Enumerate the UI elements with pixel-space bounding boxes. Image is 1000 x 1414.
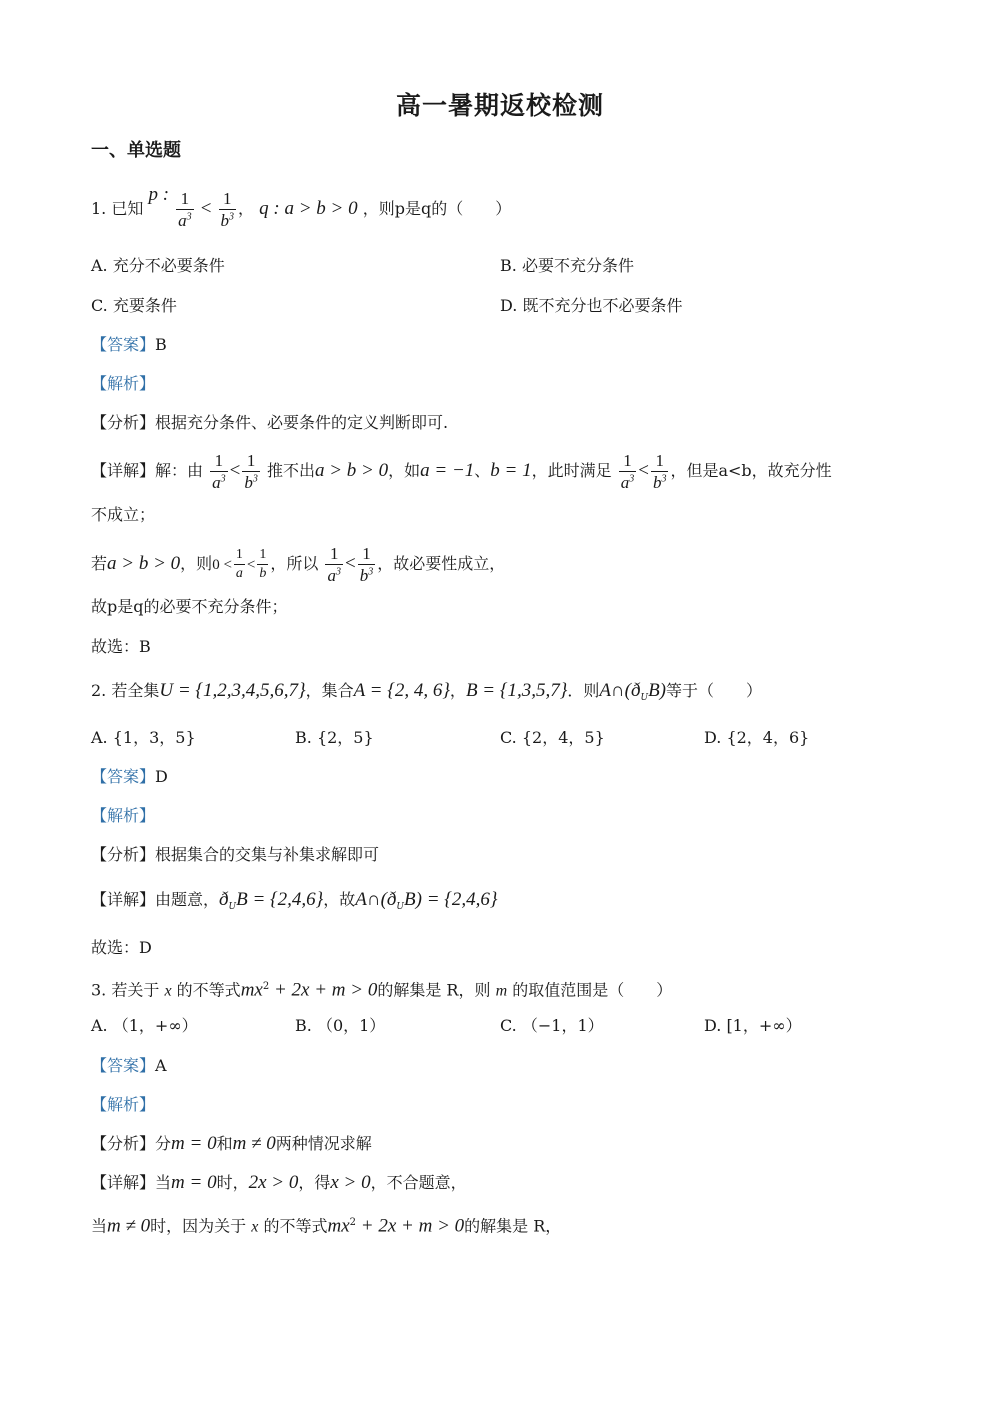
option-letter: B. [295, 728, 312, 747]
text: 若 [91, 554, 107, 573]
text: 的不等式 [263, 1216, 327, 1235]
option-c: C. 充要条件 [91, 294, 177, 318]
option-a: A. 充分不必要条件 [91, 254, 225, 278]
analysis-label: 【分析】 [91, 1134, 155, 1153]
fraction-1-over-a: 1a [234, 548, 245, 581]
detail-label: 【详解】 [91, 461, 155, 480]
denominator: b3 [358, 567, 376, 584]
text: 时，因为关于 [150, 1216, 246, 1235]
text: ，所以 [270, 554, 318, 573]
text: 当 [91, 1216, 107, 1235]
option-text: {2，4，5} [522, 728, 605, 747]
option-d: D. [1，+∞） [704, 1014, 802, 1038]
answer-value: B [155, 335, 167, 354]
denominator: a3 [325, 567, 343, 584]
exponent: 3 [661, 473, 666, 484]
denominator: b [257, 567, 268, 581]
conclusion-2: 故选：D [91, 936, 152, 960]
text: 的解集是 R，则 [377, 980, 490, 999]
option-c: C. （−1，1） [500, 1014, 604, 1038]
question-1-stem: 1. 已知 p : 1 a3 < 1 b3 ， q : a > b > 0 ，则… [91, 190, 511, 229]
detail-1-line-1: 【详解】解：由 1a3<1b3 推不出a > b > 0，如a = −1、b =… [91, 452, 832, 491]
detail-1-line-4: 故p是q的必要不充分条件； [91, 595, 288, 619]
text: ，集合 [306, 681, 354, 700]
option-text: （1，+∞） [113, 1016, 198, 1035]
denominator: a3 [210, 474, 228, 491]
exponent: 3 [629, 473, 634, 484]
text: 若关于 [111, 980, 159, 999]
detail-3-line-2: 当m ≠ 0时，因为关于 x 的不等式mx2 + 2x + m > 0的解集是 … [91, 1211, 561, 1239]
stem-suffix: 等于（ ） [666, 681, 762, 700]
analysis-2: 【分析】根据集合的交集与补集求解即可 [91, 843, 379, 867]
fraction-1-over-a3: 1a3 [619, 452, 637, 491]
detail-label: 【详解】 [91, 1173, 155, 1192]
var-b: b [360, 566, 369, 585]
option-d: D. 既不充分也不必要条件 [500, 294, 682, 318]
denominator: a3 [176, 212, 194, 229]
subscript: U [229, 902, 237, 912]
exponent: 3 [187, 211, 192, 222]
complement-symbol: ð [219, 889, 229, 910]
fraction-bar [358, 564, 376, 565]
option-text: {1，3，5} [113, 728, 196, 747]
option-letter: D. [704, 1016, 721, 1035]
option-c: C. {2，4，5} [500, 726, 605, 750]
text: ， [450, 681, 466, 700]
option-d: D. {2，4，6} [704, 726, 809, 750]
text: ，故 [323, 890, 355, 909]
text: 的解集是 R， [464, 1216, 561, 1235]
option-text: {2，5} [317, 728, 374, 747]
math: + 2x + m > 0 [356, 1215, 464, 1236]
option-letter: B. [295, 1016, 312, 1035]
fraction-bar [257, 564, 268, 565]
less-than: < [247, 557, 255, 573]
detail-1-line-5: 故选：B [91, 635, 151, 659]
text: 的取值范围是（ ） [512, 980, 672, 999]
analysis-label: 【分析】 [91, 845, 155, 864]
option-letter: C. [500, 728, 517, 747]
math: mx [328, 1215, 350, 1236]
text: ．则 [567, 681, 599, 700]
option-text: （0，1） [317, 1016, 385, 1035]
option-a: A. （1，+∞） [91, 1014, 198, 1038]
numerator: 1 [328, 545, 341, 562]
answer-2: 【答案】D [91, 765, 168, 789]
detail-1-line-3: 若a > b > 0，则0 <1a<1b，所以 1a3<1b3，故必要性成立， [91, 545, 505, 584]
text: ，故必要性成立， [377, 554, 505, 573]
option-letter: C. [91, 296, 108, 315]
exam-page: 高一暑期返校检测 一、单选题 1. 已知 p : 1 a3 < 1 b3 ， q… [0, 0, 1000, 1414]
var-b: b [221, 211, 230, 230]
denominator: a3 [619, 474, 637, 491]
option-b: B. （0，1） [295, 1014, 385, 1038]
math: a = −1 [420, 460, 474, 481]
numerator: 1 [621, 452, 634, 469]
fraction-bar [219, 209, 237, 210]
numerator: 1 [221, 190, 234, 207]
fraction-1-over-b3: 1b3 [242, 452, 260, 491]
less-than: < [230, 460, 241, 481]
numerator: 1 [234, 548, 245, 562]
option-text: {2，4，6} [726, 728, 809, 747]
fraction-1-over-b3: 1b3 [358, 545, 376, 584]
exponent: 3 [221, 473, 226, 484]
numerator: 1 [213, 452, 226, 469]
fraction-1-over-a3: 1a3 [325, 545, 343, 584]
less-than: < [638, 460, 649, 481]
detail-2: 【详解】由题意，ðUB = {2,4,6}，故A∩(ðUB) = {2,4,6} [91, 888, 497, 919]
text: 解：由 [155, 461, 203, 480]
analysis-header-1: 【解析】 [91, 372, 155, 396]
fraction-bar [234, 564, 245, 565]
var-b: b [244, 473, 253, 492]
text: 和 [217, 1134, 233, 1153]
analysis-text: 根据集合的交集与补集求解即可 [155, 845, 379, 864]
stem-suffix: ，则p是q的（ ） [363, 199, 512, 218]
option-a: A. {1，3，5} [91, 726, 196, 750]
text: ，但是a<b，故充分性 [670, 461, 831, 480]
var-a: a [327, 566, 336, 585]
fraction-bar [242, 471, 260, 472]
question-number: 2. [91, 681, 106, 700]
fraction-1-over-a3: 1 a3 [176, 190, 194, 229]
option-b: B. {2，5} [295, 726, 374, 750]
answer-value: A [155, 1056, 167, 1075]
question-number: 1. [91, 199, 106, 218]
complement-expression-end: B) [648, 680, 666, 701]
exponent: 3 [253, 473, 258, 484]
q-condition: q : a > b > 0 [259, 198, 357, 219]
numerator: 1 [360, 545, 373, 562]
denominator: b3 [651, 474, 669, 491]
answer-label: 【答案】 [91, 335, 155, 354]
math: A∩(ð [355, 889, 396, 910]
math: x > 0 [330, 1172, 370, 1193]
option-letter: D. [704, 728, 721, 747]
text: 推不出 [267, 461, 315, 480]
numerator: 1 [257, 548, 268, 562]
detail-label: 【详解】 [91, 890, 155, 909]
math: a > b > 0 [107, 553, 180, 574]
text: 由题意， [155, 890, 219, 909]
option-letter: A. [91, 728, 108, 747]
fraction-1-over-a3: 1a3 [210, 452, 228, 491]
fraction-bar [176, 209, 194, 210]
option-text: 既不充分也不必要条件 [522, 296, 682, 315]
detail-1-line-2: 不成立； [91, 503, 155, 527]
analysis-label: 【分析】 [91, 413, 155, 432]
var-a: a [212, 473, 221, 492]
option-letter: A. [91, 256, 108, 275]
math: mx [241, 979, 263, 1000]
text: ，此时满足 [532, 461, 612, 480]
analysis-3: 【分析】分m = 0和m ≠ 0两种情况求解 [91, 1132, 372, 1156]
less-than: < [345, 553, 356, 574]
text: ，则 [180, 554, 212, 573]
answer-3: 【答案】A [91, 1054, 167, 1078]
option-letter: B. [500, 256, 517, 275]
subscript: U [640, 693, 648, 703]
analysis-header-3: 【解析】 [91, 1093, 155, 1117]
option-letter: C. [500, 1016, 517, 1035]
fraction-1-over-b3: 1b3 [651, 452, 669, 491]
set-a: A = {2, 4, 6} [354, 680, 450, 701]
math: 2x > 0 [249, 1172, 299, 1193]
p-label: p : [148, 184, 169, 205]
numerator: 1 [179, 190, 192, 207]
math: m ≠ 0 [107, 1215, 150, 1236]
answer-label: 【答案】 [91, 767, 155, 786]
option-text: （−1，1） [522, 1016, 604, 1035]
text: ，如 [388, 461, 420, 480]
text: ，不合题意， [371, 1173, 467, 1192]
denominator: b3 [219, 212, 237, 229]
math: m ≠ 0 [233, 1133, 276, 1154]
answer-value: D [155, 767, 168, 786]
fraction-bar [651, 471, 669, 472]
denominator: a [234, 567, 245, 581]
option-letter: A. [91, 1016, 108, 1035]
less-than: < [201, 198, 212, 219]
detail-3-line-1: 【详解】当m = 0时，2x > 0，得x > 0，不合题意， [91, 1171, 467, 1195]
exponent: 3 [368, 566, 373, 577]
numerator: 1 [245, 452, 258, 469]
fraction-1-over-b3: 1 b3 [219, 190, 237, 229]
fraction-bar [325, 564, 343, 565]
exponent: 3 [336, 566, 341, 577]
var-x: x [164, 982, 171, 999]
analysis-header-2: 【解析】 [91, 804, 155, 828]
question-number: 3. [91, 980, 106, 999]
numerator: 1 [653, 452, 666, 469]
math: 0 < [212, 557, 232, 573]
analysis-1: 【分析】根据充分条件、必要条件的定义判断即可. [91, 411, 448, 435]
text: 的不等式 [177, 980, 241, 999]
text: 分 [155, 1134, 171, 1153]
set-b: B = {1,3,5,7} [466, 680, 567, 701]
page-title: 高一暑期返校检测 [0, 86, 1000, 122]
subscript: U [396, 902, 404, 912]
question-3-stem: 3. 若关于 x 的不等式mx2 + 2x + m > 0的解集是 R，则 m … [91, 975, 672, 1003]
math: m = 0 [171, 1133, 217, 1154]
math: + 2x + m > 0 [269, 979, 377, 1000]
text: 两种情况求解 [276, 1134, 372, 1153]
text: 当 [155, 1173, 171, 1192]
text: 时， [217, 1173, 249, 1192]
option-text: 充分不必要条件 [113, 256, 225, 275]
math: b = 1 [490, 460, 531, 481]
analysis-text: 根据充分条件、必要条件的定义判断即可. [155, 413, 448, 432]
option-letter: D. [500, 296, 517, 315]
set-u: U = {1,2,3,4,5,6,7} [159, 680, 305, 701]
question-2-stem: 2. 若全集U = {1,2,3,4,5,6,7}，集合A = {2, 4, 6… [91, 679, 762, 710]
option-text: 充要条件 [113, 296, 177, 315]
section-heading: 一、单选题 [91, 136, 181, 162]
math: a > b > 0 [315, 460, 388, 481]
fraction-1-over-b: 1b [257, 548, 268, 581]
fraction-bar [210, 471, 228, 472]
math: B) = {2,4,6} [404, 889, 497, 910]
option-text: 必要不充分条件 [522, 256, 634, 275]
var-a: a [621, 473, 630, 492]
denominator: b3 [242, 474, 260, 491]
answer-1: 【答案】B [91, 333, 167, 357]
fraction-bar [619, 471, 637, 472]
math: m = 0 [171, 1172, 217, 1193]
var-a: a [178, 211, 187, 230]
stem-text: 若全集 [111, 681, 159, 700]
var-m: m [496, 982, 508, 999]
stem-text: 已知 [111, 199, 143, 218]
complement-expression: A∩(ð [599, 680, 640, 701]
exponent: 3 [229, 211, 234, 222]
text: ，得 [298, 1173, 330, 1192]
var-x: x [251, 1218, 258, 1235]
option-b: B. 必要不充分条件 [500, 254, 634, 278]
math: B = {2,4,6} [236, 889, 323, 910]
answer-label: 【答案】 [91, 1056, 155, 1075]
option-text: [1，+∞） [726, 1016, 801, 1035]
text: 、 [474, 461, 490, 480]
